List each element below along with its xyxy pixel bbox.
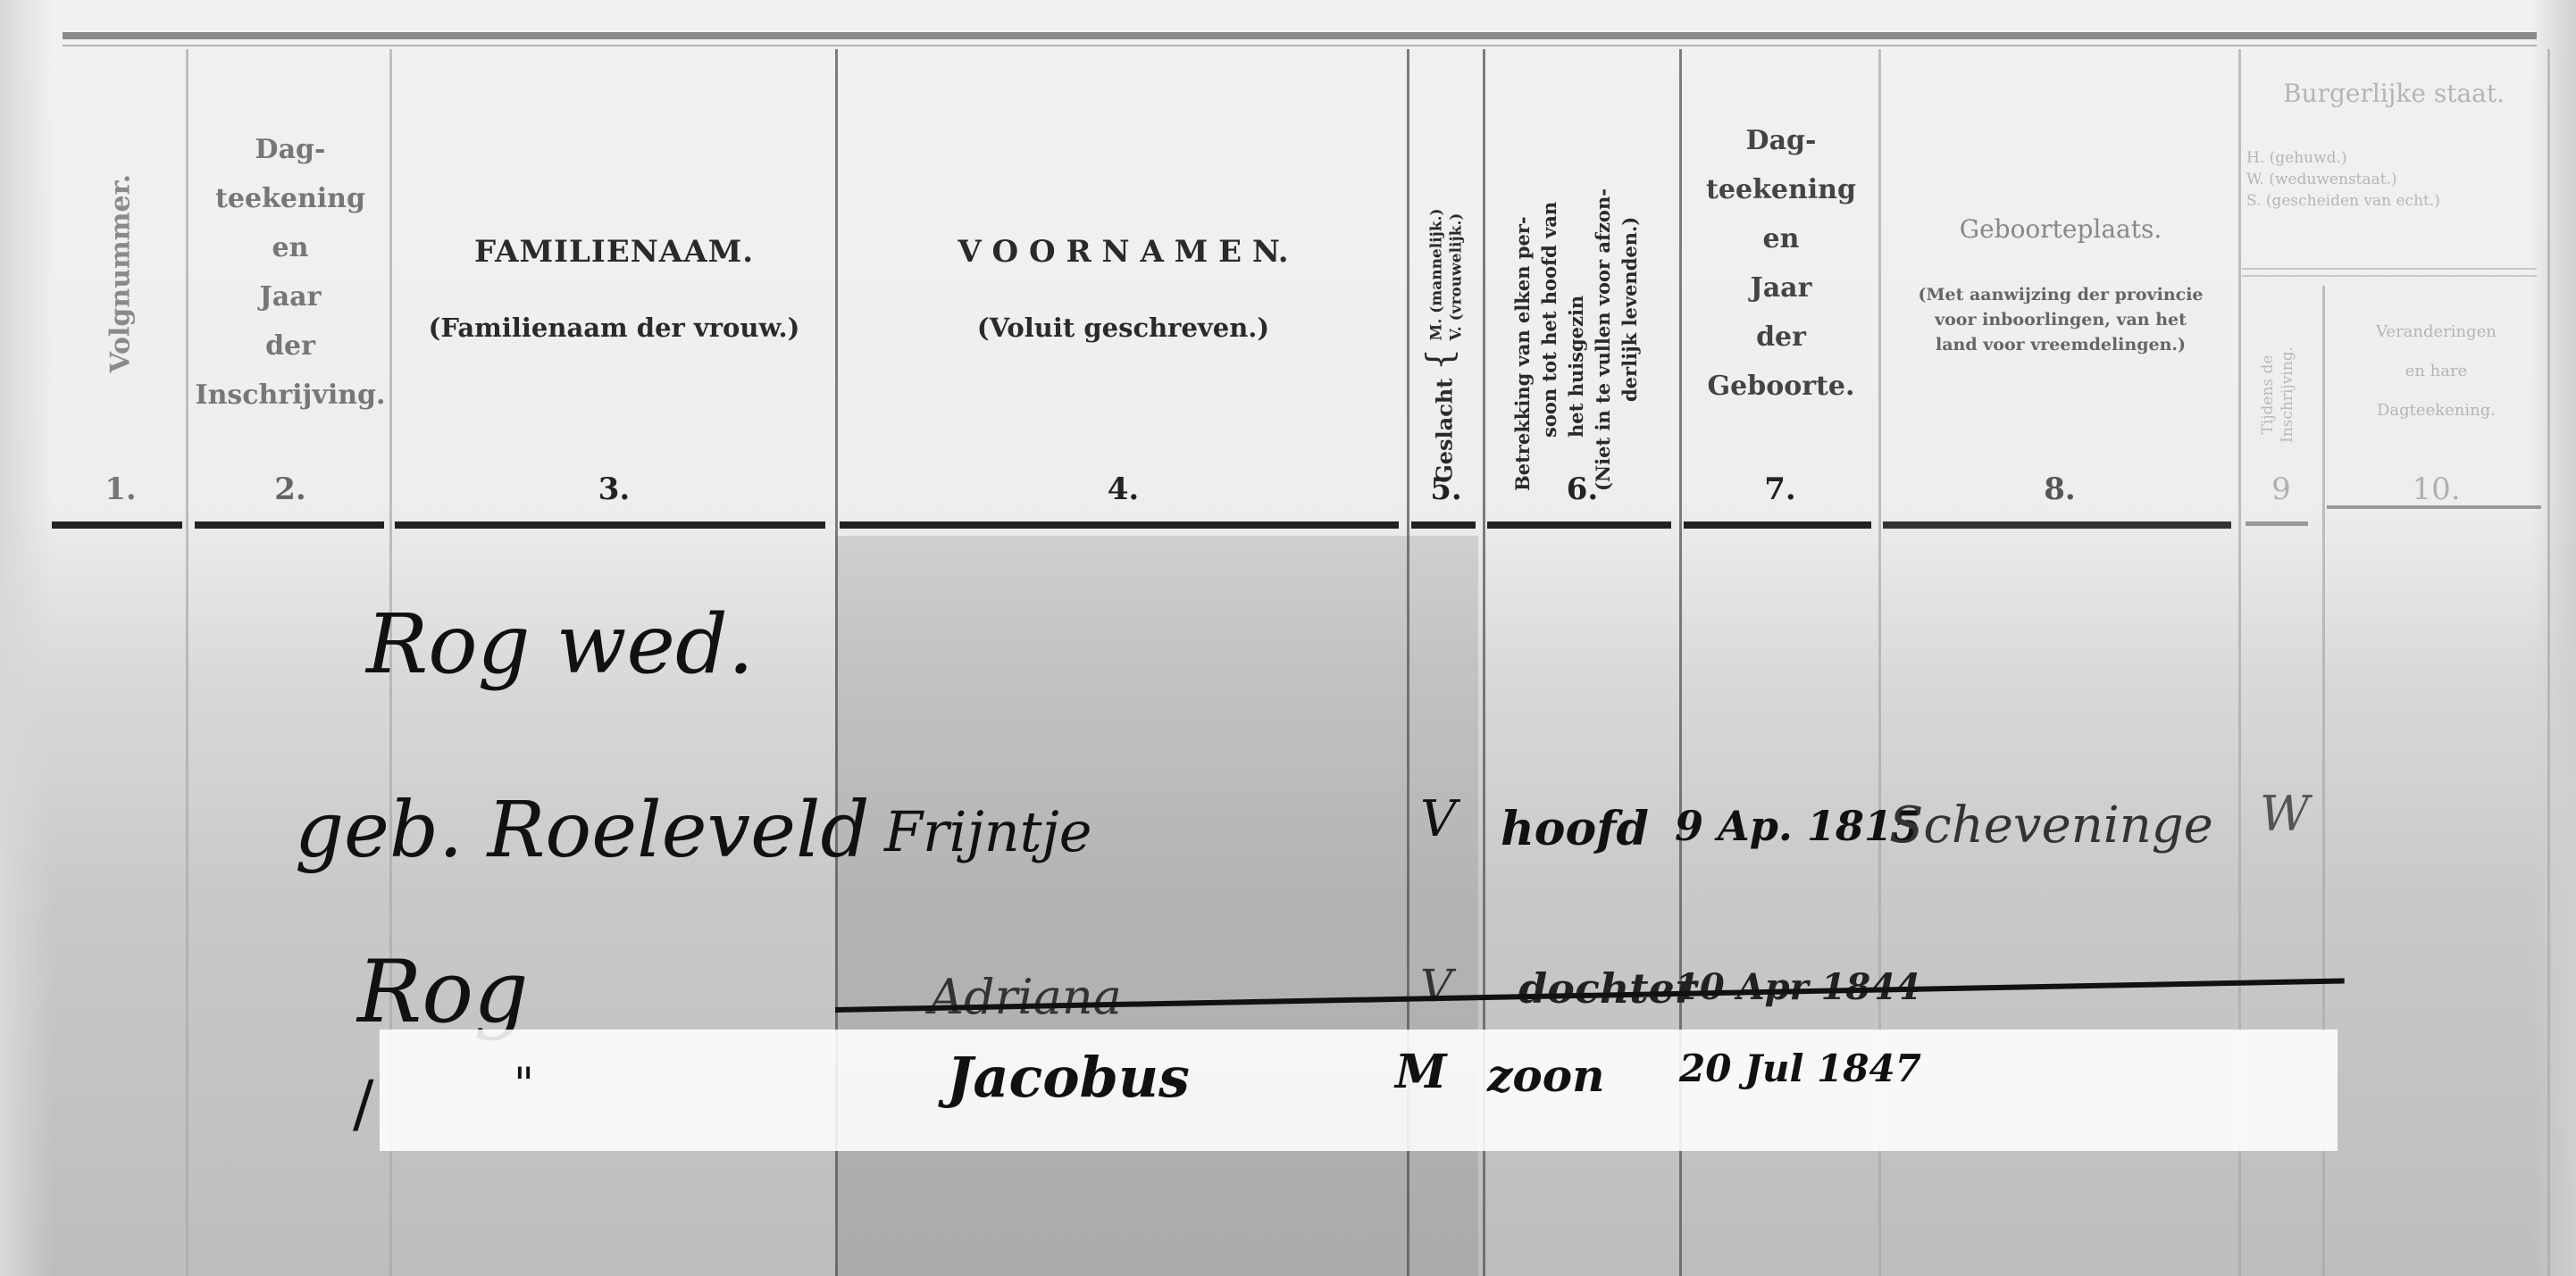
column-number-9: 9 (2241, 471, 2321, 507)
header-geslacht-label: Geslacht (1431, 379, 1457, 483)
header-betrekking: Betrekking van elken per- soon tot het h… (1510, 98, 1643, 491)
header-dagteekening-inschrijving: Dag- teekening en Jaar der Inschrijving. (192, 125, 389, 420)
header-rule-8 (1883, 521, 2231, 529)
header-rule-4 (840, 521, 1399, 529)
header-top-rule-thin (63, 45, 2537, 46)
header-tijdens-inschrijving: Tijdens de Inschrijving. (2258, 319, 2297, 471)
column-number-4: 4. (840, 471, 1407, 507)
brace-icon: { (1419, 348, 1460, 371)
header-line: (Met aanwijzing der provincie (1883, 282, 2238, 307)
entry-4-geslacht: M (1395, 1045, 1447, 1099)
legend-gescheiden: S. (gescheiden van echt.) (2246, 190, 2550, 212)
header-line: Inschrijving. (192, 371, 389, 420)
header-line: Tijdens de (2258, 319, 2278, 471)
header-rule-2 (195, 521, 384, 529)
header-line: derlijk levenden.) (1617, 98, 1643, 491)
entry-2-geboorteplaats: Scheveninge (1889, 796, 2213, 855)
header-rule-1 (52, 521, 182, 529)
header-burgerlijke-staat: Burgerlijke staat. (2242, 79, 2546, 108)
paper-shadow (835, 536, 1478, 1276)
header-rule-9 (2246, 521, 2308, 526)
header-rule-3 (395, 521, 825, 529)
column-number-2: 2. (192, 471, 389, 507)
header-line: het huisgezin (1563, 98, 1590, 491)
header-line: en (192, 223, 389, 272)
burgerlijke-staat-legend: H. (gehuwd.) W. (weduwenstaat.) S. (gesc… (2246, 147, 2550, 212)
header-line: Jaar (192, 272, 389, 321)
entry-3-voornamen: Adriana (929, 969, 1122, 1025)
highlighted-row[interactable] (380, 1030, 2338, 1151)
entry-2-familienaam: geb. Roeleveld (295, 786, 870, 875)
header-line: Veranderingen (2327, 313, 2546, 352)
header-familienaam: FAMILIENAAM. (393, 234, 835, 270)
header-line: en hare (2327, 352, 2546, 391)
header-dagteekening-geboorte: Dag- teekening en Jaar der Geboorte. (1684, 116, 1878, 411)
entry-3-geslacht: V (1420, 960, 1452, 1012)
header-line: teekening (192, 174, 389, 223)
entry-4-voornamen: Jacobus (947, 1045, 1190, 1110)
header-line: Inschrijving. (2278, 319, 2297, 471)
entry-4-inschrijving: / (353, 1067, 374, 1140)
header-geslacht-v: V. (vrouwelijk.) (1446, 208, 1466, 340)
header-rule-5 (1411, 521, 1476, 529)
header-geboorteplaats-subtitle: (Met aanwijzing der provincie voor inboo… (1883, 282, 2238, 357)
burgerlijke-staat-divider (2242, 268, 2537, 277)
header-top-rule (63, 32, 2537, 39)
legend-weduwenstaat: W. (weduwenstaat.) (2246, 169, 2550, 190)
header-line: der (1684, 313, 1878, 362)
entry-3-familienaam: Rog (357, 942, 529, 1042)
header-line: (Niet in te vullen voor afzon- (1590, 98, 1617, 491)
header-line: Betrekking van elken per- (1510, 98, 1536, 491)
entry-4-familienaam: " (514, 1058, 534, 1110)
column-number-10: 10. (2325, 471, 2547, 507)
header-veranderingen: Veranderingen en hare Dagteekening. (2327, 313, 2546, 430)
header-geslacht-m: M. (mannelijk.) (1426, 208, 1446, 340)
header-geslacht: Geslacht { M. (mannelijk.) V. (vrouwelij… (1419, 153, 1466, 483)
column-number-1: 1. (54, 471, 188, 507)
header-line: voor inboorlingen, van het (1883, 307, 2238, 332)
entry-2-burgerlijke-staat: W (2260, 786, 2310, 842)
header-line: teekening (1684, 165, 1878, 214)
header-familienaam-subtitle: (Familienaam der vrouw.) (393, 313, 835, 343)
entry-4-betrekking: zoon (1487, 1049, 1604, 1102)
header-line: der (192, 321, 389, 371)
header-line: Dag- (192, 125, 389, 174)
entry-2-voornamen: Frijntje (884, 799, 1091, 864)
header-line: land voor vreemdelingen.) (1883, 332, 2238, 357)
column-number-6: 6. (1485, 471, 1679, 507)
header-line: soon tot het hoofd van (1536, 98, 1563, 491)
header-line: Dagteekening. (2327, 391, 2546, 430)
entry-1-familienaam: Rog wed. (366, 596, 754, 692)
entry-4-geboorte: 20 Jul 1847 (1679, 1047, 1921, 1090)
header-line: en (1684, 214, 1878, 263)
column-number-5: 5. (1409, 471, 1483, 507)
column-divider-10 (2547, 49, 2550, 1276)
page-edge-shadow-left (0, 0, 54, 1276)
legend-gehuwd: H. (gehuwd.) (2246, 147, 2550, 169)
header-line: Dag- (1684, 116, 1878, 165)
column-number-3: 3. (393, 471, 835, 507)
header-volgnummer: Volgnummer. (105, 186, 137, 373)
entry-3-betrekking: dochter (1518, 964, 1696, 1013)
header-voornamen-subtitle: (Voluit geschreven.) (840, 313, 1407, 343)
header-line: Jaar (1684, 263, 1878, 313)
entry-2-betrekking: hoofd (1501, 802, 1649, 856)
header-rule-7 (1684, 521, 1871, 529)
header-geboorteplaats: Geboorteplaats. (1883, 214, 2238, 244)
header-line: Geboorte. (1684, 362, 1878, 411)
column-number-8: 8. (1881, 471, 2238, 507)
header-voornamen: V O O R N A M E N. (840, 234, 1407, 270)
column-divider-1 (186, 49, 188, 1276)
header-rule-6 (1487, 521, 1671, 529)
entry-2-geslacht: V (1420, 790, 1456, 848)
header-rule-10 (2327, 505, 2541, 509)
column-number-7: 7. (1682, 471, 1878, 507)
entry-2-geboorte: 9 Ap. 1815 (1675, 802, 1921, 850)
